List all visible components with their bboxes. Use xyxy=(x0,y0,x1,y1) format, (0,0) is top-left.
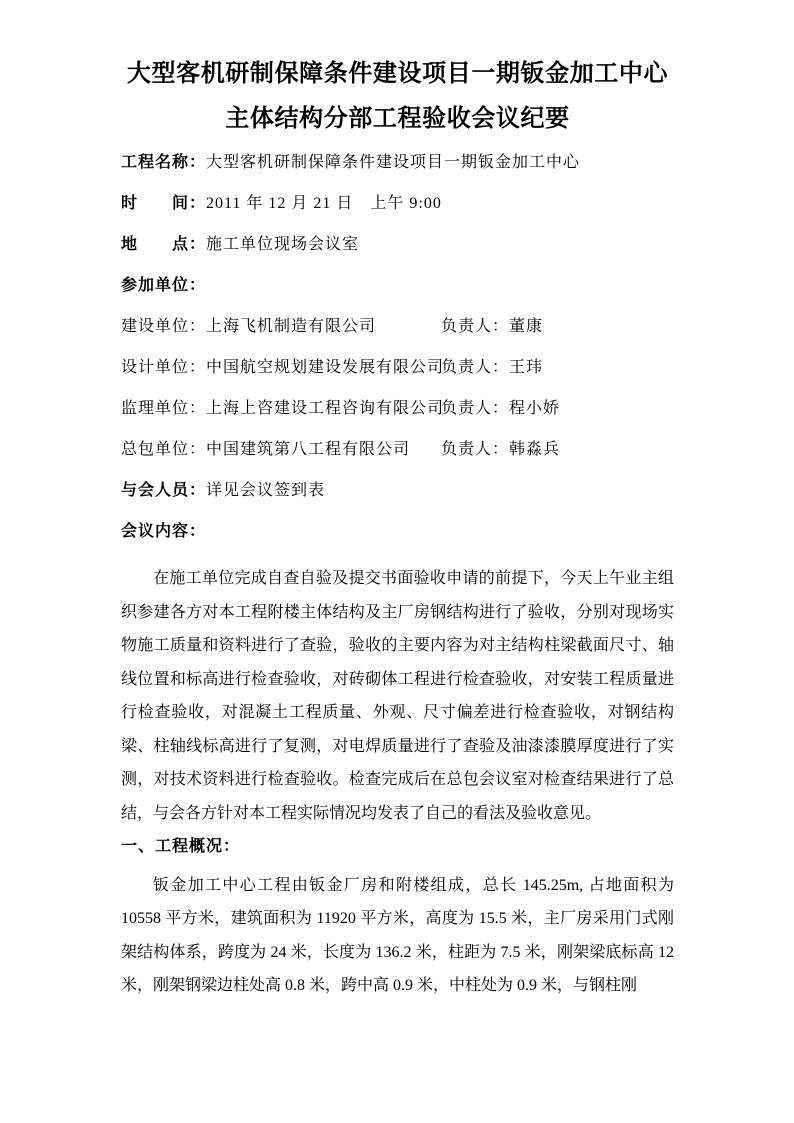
attendees-value: 详见会议签到表 xyxy=(206,482,325,499)
unit-role: 设计单位： xyxy=(121,359,206,376)
attendees-label: 与会人员： xyxy=(121,482,206,499)
project-name-value: 大型客机研制保障条件建设项目一期钣金加工中心 xyxy=(206,154,580,171)
meta-section: 工程名称：大型客机研制保障条件建设项目一期钣金加工中心 时 间：2011 年 1… xyxy=(121,142,674,552)
unit-row-designer: 设计单位：中国航空规划建设发展有限公司 负责人：王玮 xyxy=(121,347,674,388)
leader-label: 负责人： xyxy=(441,441,509,458)
leader-name: 程小娇 xyxy=(509,400,560,417)
leader-label: 负责人： xyxy=(441,400,509,417)
unit-leader-col: 负责人：程小娇 xyxy=(441,388,560,429)
meeting-content-heading: 会议内容： xyxy=(121,511,674,552)
leader-name: 韩淼兵 xyxy=(509,441,560,458)
document-page: 大型客机研制保障条件建设项目一期钣金加工中心 主体结构分部工程验收会议纪要 工程… xyxy=(0,0,794,1123)
participants-heading: 参加单位： xyxy=(121,265,674,306)
location-label: 地 点： xyxy=(121,236,206,253)
document-content: 大型客机研制保障条件建设项目一期钣金加工中心 主体结构分部工程验收会议纪要 工程… xyxy=(0,0,794,1003)
title-line-2: 主体结构分部工程验收会议纪要 xyxy=(121,97,674,142)
unit-leader-col: 负责人：王玮 xyxy=(441,347,543,388)
unit-row-supervisor: 监理单位：上海上咨建设工程咨询有限公司 负责人：程小娇 xyxy=(121,388,674,429)
location-value: 施工单位现场会议室 xyxy=(206,236,359,253)
leader-label: 负责人： xyxy=(441,359,509,376)
title-line-1: 大型客机研制保障条件建设项目一期钣金加工中心 xyxy=(121,52,674,97)
attendees-row: 与会人员：详见会议签到表 xyxy=(121,470,674,511)
unit-role: 监理单位： xyxy=(121,400,206,417)
unit-leader-col: 负责人：董康 xyxy=(441,306,543,347)
leader-label: 负责人： xyxy=(441,318,509,335)
unit-role: 建设单位： xyxy=(121,318,206,335)
time-value: 2011 年 12 月 21 日 上午 9:00 xyxy=(206,195,442,212)
leader-name: 王玮 xyxy=(509,359,543,376)
unit-company: 上海上咨建设工程咨询有限公司 xyxy=(206,400,444,417)
project-overview-paragraph: 钣金加工中心工程由钣金厂房和附楼组成，总长 145.25m, 占地面积为 105… xyxy=(121,869,674,1003)
unit-row-general-contractor: 总包单位：中国建筑第八工程有限公司 负责人：韩淼兵 xyxy=(121,429,674,470)
time-label: 时 间： xyxy=(121,195,206,212)
meeting-content-paragraph: 在施工单位完成自查自验及提交书面验收申请的前提下，今天上午业主组织参建各方对本工… xyxy=(121,562,674,830)
unit-company: 上海飞机制造有限公司 xyxy=(206,318,376,335)
section-heading-project-overview: 一、工程概况： xyxy=(121,830,674,864)
unit-leader-col: 负责人：韩淼兵 xyxy=(441,429,560,470)
unit-company: 中国建筑第八工程有限公司 xyxy=(206,441,410,458)
project-name-label: 工程名称： xyxy=(121,154,206,171)
unit-role: 总包单位： xyxy=(121,441,206,458)
meta-row-project-name: 工程名称：大型客机研制保障条件建设项目一期钣金加工中心 xyxy=(121,142,674,183)
leader-name: 董康 xyxy=(509,318,543,335)
unit-company: 中国航空规划建设发展有限公司 xyxy=(206,359,444,376)
unit-row-construction-owner: 建设单位：上海飞机制造有限公司 负责人：董康 xyxy=(121,306,674,347)
document-title: 大型客机研制保障条件建设项目一期钣金加工中心 主体结构分部工程验收会议纪要 xyxy=(121,52,674,142)
meta-row-time: 时 间：2011 年 12 月 21 日 上午 9:00 xyxy=(121,183,674,224)
meta-row-location: 地 点：施工单位现场会议室 xyxy=(121,224,674,265)
